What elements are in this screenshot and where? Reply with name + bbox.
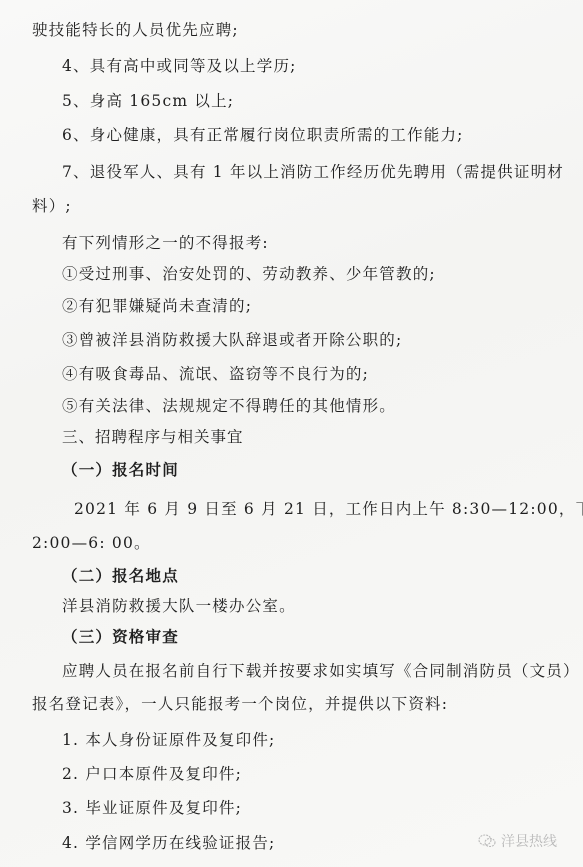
text-line: 报名登记表》，一人只能报考一个岗位，并提供以下资料: [32,694,448,714]
text-line: ①受过刑事、治安处罚的、劳动教养、少年管教的; [62,264,436,284]
text-line: 2. 户口本原件及复印件; [62,764,242,784]
text-line: ③曾被洋县消防救援大队辞退或者开除公职的; [62,330,402,350]
text-line: 料）; [32,196,72,216]
text-line: 1. 本人身份证原件及复印件; [62,730,275,750]
text-line: 4、具有高中或同等及以上学历; [62,56,297,76]
text-line: 应聘人员在报名前自行下载并按要求如实填写《合同制消防员（文员） [62,661,580,681]
text-line: 4. 学信网学历在线验证报告; [62,833,275,853]
text-line: 洋县消防救援大队一楼办公室。 [62,596,296,616]
section-heading: （三）资格审查 [62,627,179,647]
section-heading: （一）报名时间 [62,460,179,480]
text-line: 2021 年 6 月 9 日至 6 月 21 日，工作日内上午 8:30—12:… [74,499,583,519]
watermark: 洋县热线 [478,831,557,851]
text-line: 5、身高 165cm 以上; [62,91,234,111]
text-line: 有下列情形之一的不得报考: [62,233,269,253]
watermark-text: 洋县热线 [501,831,557,851]
text-line: 2:00—6: 00。 [32,533,151,553]
section-heading: 三、招聘程序与相关事宜 [62,427,244,447]
text-line: 7、退役军人、具有 1 年以上消防工作经历优先聘用（需提供证明材 [62,162,564,182]
section-heading: （二）报名地点 [62,566,179,586]
text-line: 驶技能特长的人员优先应聘; [32,20,239,40]
text-line: ②有犯罪嫌疑尚未查清的; [62,296,252,316]
text-line: ④有吸食毒品、流氓、盗窃等不良行为的; [62,364,369,384]
wechat-icon [478,834,496,848]
text-line: ⑤有关法律、法规规定不得聘任的其他情形。 [62,396,396,416]
scanned-document-page: 驶技能特长的人员优先应聘;4、具有高中或同等及以上学历;5、身高 165cm 以… [0,0,583,867]
text-line: 6、身心健康，具有正常履行岗位职责所需的工作能力; [62,125,464,145]
text-line: 3. 毕业证原件及复印件; [62,798,242,818]
